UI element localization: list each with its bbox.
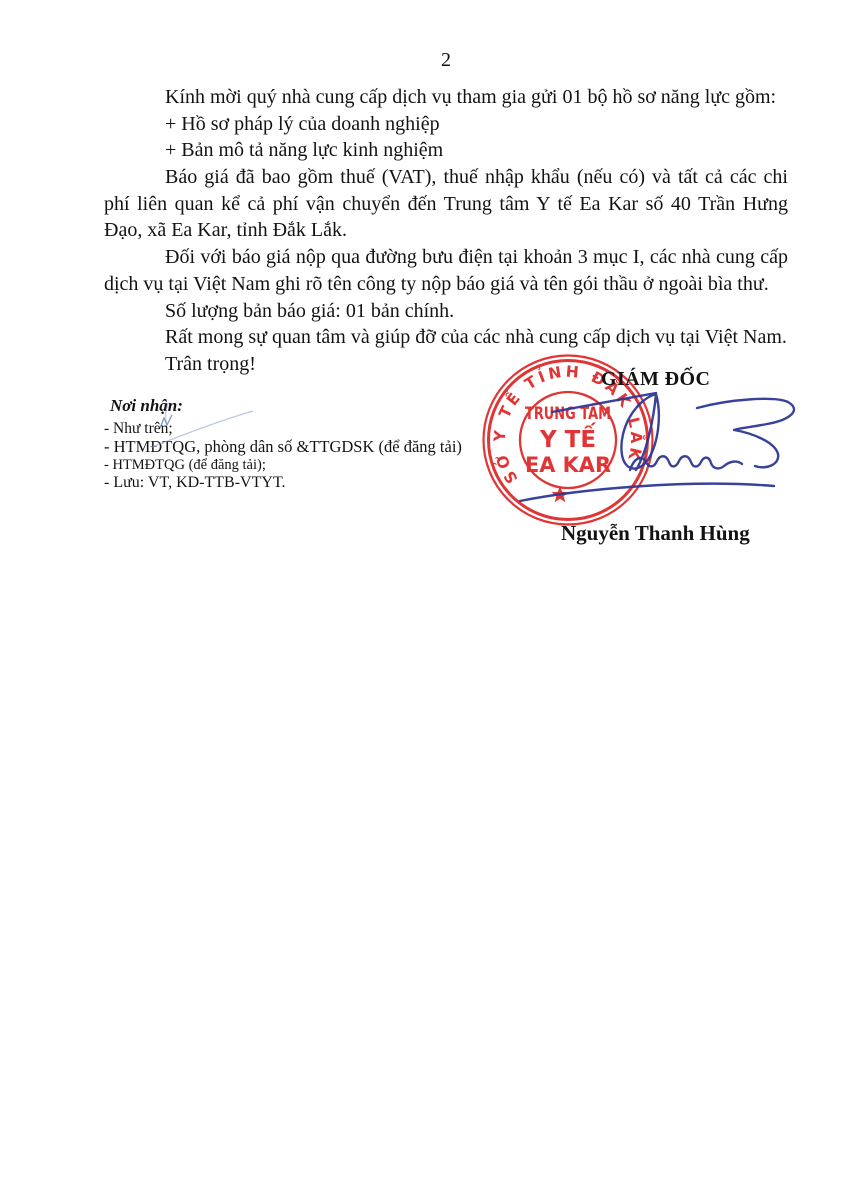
document-page: 2 Kính mời quý nhà cung cấp dịch vụ tham… bbox=[0, 0, 848, 1200]
recipient-item: - HTMĐTQG (để đăng tải); bbox=[104, 456, 462, 474]
pen-marks bbox=[140, 398, 270, 458]
body-line: + Hồ sơ pháp lý của doanh nghiệp bbox=[104, 111, 788, 138]
signature-humps bbox=[630, 456, 742, 470]
recipient-item: - Lưu: VT, KD-TTB-VTYT. bbox=[104, 474, 462, 492]
body-line: Kính mời quý nhà cung cấp dịch vụ tham g… bbox=[104, 84, 788, 111]
signer-name: Nguyễn Thanh Hùng bbox=[561, 521, 750, 546]
body-line: Đối với báo giá nộp qua đường bưu điện t… bbox=[104, 244, 788, 271]
body-text: Kính mời quý nhà cung cấp dịch vụ tham g… bbox=[104, 84, 788, 378]
signature bbox=[490, 370, 820, 520]
page-number: 2 bbox=[104, 49, 788, 72]
pen-tick bbox=[166, 404, 168, 424]
body-line: + Bản mô tả năng lực kinh nghiệm bbox=[104, 137, 788, 164]
signature-flourish bbox=[697, 399, 794, 467]
body-line: Rất mong sự quan tâm và giúp đỡ của các … bbox=[104, 324, 788, 351]
body-line: dịch vụ tại Việt Nam ghi rõ tên công ty … bbox=[104, 271, 788, 298]
pen-curve bbox=[152, 411, 253, 447]
body-line: Số lượng bản báo giá: 01 bản chính. bbox=[104, 298, 788, 325]
body-line: phí liên quan kể cả phí vận chuyển đến T… bbox=[104, 191, 788, 218]
body-line: Đạo, xã Ea Kar, tỉnh Đắk Lắk. bbox=[104, 217, 788, 244]
body-line: Báo giá đã bao gồm thuế (VAT), thuế nhập… bbox=[104, 164, 788, 191]
signature-underline bbox=[520, 484, 774, 501]
